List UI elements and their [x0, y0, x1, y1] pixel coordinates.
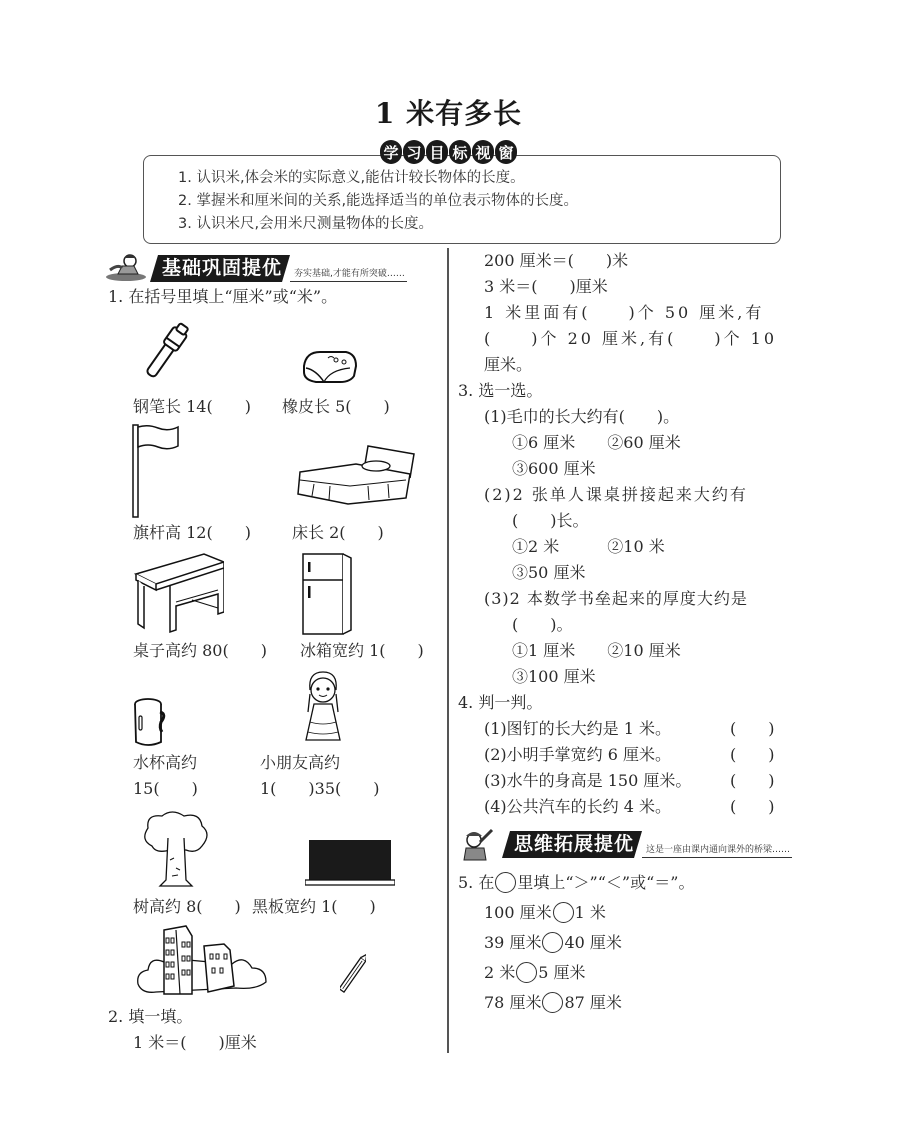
badge-char: 习	[403, 140, 425, 164]
child-icon	[302, 670, 344, 746]
q3-line: ( )长。	[512, 508, 589, 534]
q5-right: 1 米	[575, 903, 606, 922]
learning-goals-list: 1. 认识米,体会米的实际意义,能估计较长物体的长度。 2. 掌握米和厘米间的关…	[178, 167, 578, 236]
q5-item: 78 厘米87 厘米	[484, 990, 622, 1016]
q2-line: 1 米里面有( )个 50 厘米,有	[484, 300, 764, 326]
section-caption: 这是一座由课内通向课外的桥梁……	[642, 844, 792, 858]
badge-char: 学	[380, 140, 402, 164]
q5-item: 39 厘米40 厘米	[484, 930, 622, 956]
section-banner-extend: 思维拓展提优 这是一座由课内通向课外的桥梁……	[456, 828, 792, 858]
q4-answer-blank: ( )	[730, 742, 775, 768]
q5-left: 100 厘米	[484, 903, 552, 922]
q3-option: ③50 厘米	[512, 560, 585, 586]
mascot-cheering-icon	[456, 828, 502, 858]
goal-item: 3. 认识米尺,会用米尺测量物体的长度。	[178, 213, 578, 236]
section-caption: 夯实基础,才能有所突破……	[290, 268, 407, 282]
q5-item: 2 米5 厘米	[484, 960, 586, 986]
q4-answer-blank: ( )	[730, 716, 775, 742]
section-label: 思维拓展提优	[502, 831, 642, 858]
bed-icon	[296, 444, 416, 506]
q3-line: (1)毛巾的长大约有( )。	[484, 404, 679, 430]
mascot-skateboard-icon	[104, 252, 150, 282]
blackboard-icon	[305, 838, 395, 886]
q2-line: ( )个 20 厘米,有( )个 10	[484, 326, 777, 352]
buildings-icon	[136, 924, 268, 998]
q3-line: ( )。	[512, 612, 573, 638]
badge-char: 目	[426, 140, 448, 164]
q1-item-flagpole: 旗杆高 12( )	[133, 520, 251, 546]
q1-item-cup-value: 15( )	[133, 776, 198, 802]
q3-option: ③600 厘米	[512, 456, 596, 482]
fridge-icon	[301, 552, 353, 636]
compare-circle-input[interactable]	[542, 992, 563, 1013]
q1-item-pen: 钢笔长 14( )	[133, 394, 251, 420]
page-title: 1 米有多长	[0, 92, 897, 132]
compare-circle-input[interactable]	[542, 932, 563, 953]
flagpole-icon	[132, 424, 180, 518]
q5-title-prefix: 5. 在	[458, 873, 494, 892]
q2-line: 200 厘米＝( )米	[484, 248, 628, 274]
q3-option: ①1 厘米 ②10 厘米	[512, 638, 681, 664]
q1-item-child: 小朋友高约	[260, 750, 340, 776]
q5-title-suffix: 里填上“＞”“＜”或“＝”。	[517, 873, 694, 892]
q3-option: ①6 厘米 ②60 厘米	[512, 430, 681, 456]
pencil-icon	[340, 950, 366, 998]
question-3-title: 3. 选一选。	[458, 378, 542, 404]
q1-item-desk: 桌子高约 80( )	[133, 638, 267, 664]
q5-item: 100 厘米1 米	[484, 900, 606, 926]
q2-line: 厘米。	[484, 352, 532, 378]
q4-answer-blank: ( )	[730, 768, 775, 794]
q5-left: 2 米	[484, 963, 515, 982]
column-divider	[447, 248, 449, 1053]
q1-item-fridge: 冰箱宽约 1( )	[300, 638, 424, 664]
q4-item: (3)水牛的身高是 150 厘米。	[484, 768, 691, 794]
q2-line: 1 米＝( )厘米	[133, 1030, 257, 1056]
q1-item-bed: 床长 2( )	[292, 520, 384, 546]
q4-answer-blank: ( )	[730, 794, 775, 820]
question-4-title: 4. 判一判。	[458, 690, 542, 716]
q3-option: ③100 厘米	[512, 664, 596, 690]
q5-right: 5 厘米	[538, 963, 585, 982]
pen-icon	[138, 318, 198, 384]
eraser-icon	[300, 348, 360, 386]
badge-char: 窗	[495, 140, 517, 164]
q1-item-child-value: 1( )35( )	[260, 776, 380, 802]
q1-item-cup: 水杯高约	[133, 750, 197, 776]
q1-item-blackboard: 黑板宽约 1( )	[252, 894, 376, 920]
compare-circle-input[interactable]	[553, 902, 574, 923]
q1-item-eraser: 橡皮长 5( )	[282, 394, 390, 420]
q5-left: 78 厘米	[484, 993, 541, 1012]
q4-item: (1)图钉的长大约是 1 米。	[484, 716, 671, 742]
circle-blank-icon	[495, 872, 516, 893]
q4-item: (4)公共汽车的长约 4 米。	[484, 794, 671, 820]
desk-icon	[134, 550, 224, 634]
question-1-title: 1. 在括号里填上“厘米”或“米”。	[108, 284, 337, 310]
q3-line: (2)2 张单人课桌拼接起来大约有	[484, 482, 748, 508]
q4-item: (2)小明手掌宽约 6 厘米。	[484, 742, 671, 768]
goal-item: 1. 认识米,体会米的实际意义,能估计较长物体的长度。	[178, 167, 578, 190]
q5-left: 39 厘米	[484, 933, 541, 952]
q3-line: (3)2 本数学书垒起来的厚度大约是	[484, 586, 748, 612]
goal-item: 2. 掌握米和厘米间的关系,能选择适当的单位表示物体的长度。	[178, 190, 578, 213]
q1-item-tree: 树高约 8( )	[133, 894, 241, 920]
q2-line: 3 米＝( )厘米	[484, 274, 608, 300]
section-label: 基础巩固提优	[150, 255, 290, 282]
q5-right: 87 厘米	[564, 993, 621, 1012]
section-banner-basic: 基础巩固提优 夯实基础,才能有所突破……	[104, 252, 407, 282]
q3-option: ①2 米 ②10 米	[512, 534, 665, 560]
compare-circle-input[interactable]	[516, 962, 537, 983]
question-5-title: 5. 在里填上“＞”“＜”或“＝”。	[458, 870, 694, 896]
badge-char: 标	[449, 140, 471, 164]
q5-right: 40 厘米	[564, 933, 621, 952]
learning-goals-badge: 学 习 目 标 视 窗	[380, 140, 517, 168]
question-2-title: 2. 填一填。	[108, 1004, 192, 1030]
cup-icon	[133, 698, 169, 748]
tree-icon	[140, 810, 212, 888]
badge-char: 视	[472, 140, 494, 164]
